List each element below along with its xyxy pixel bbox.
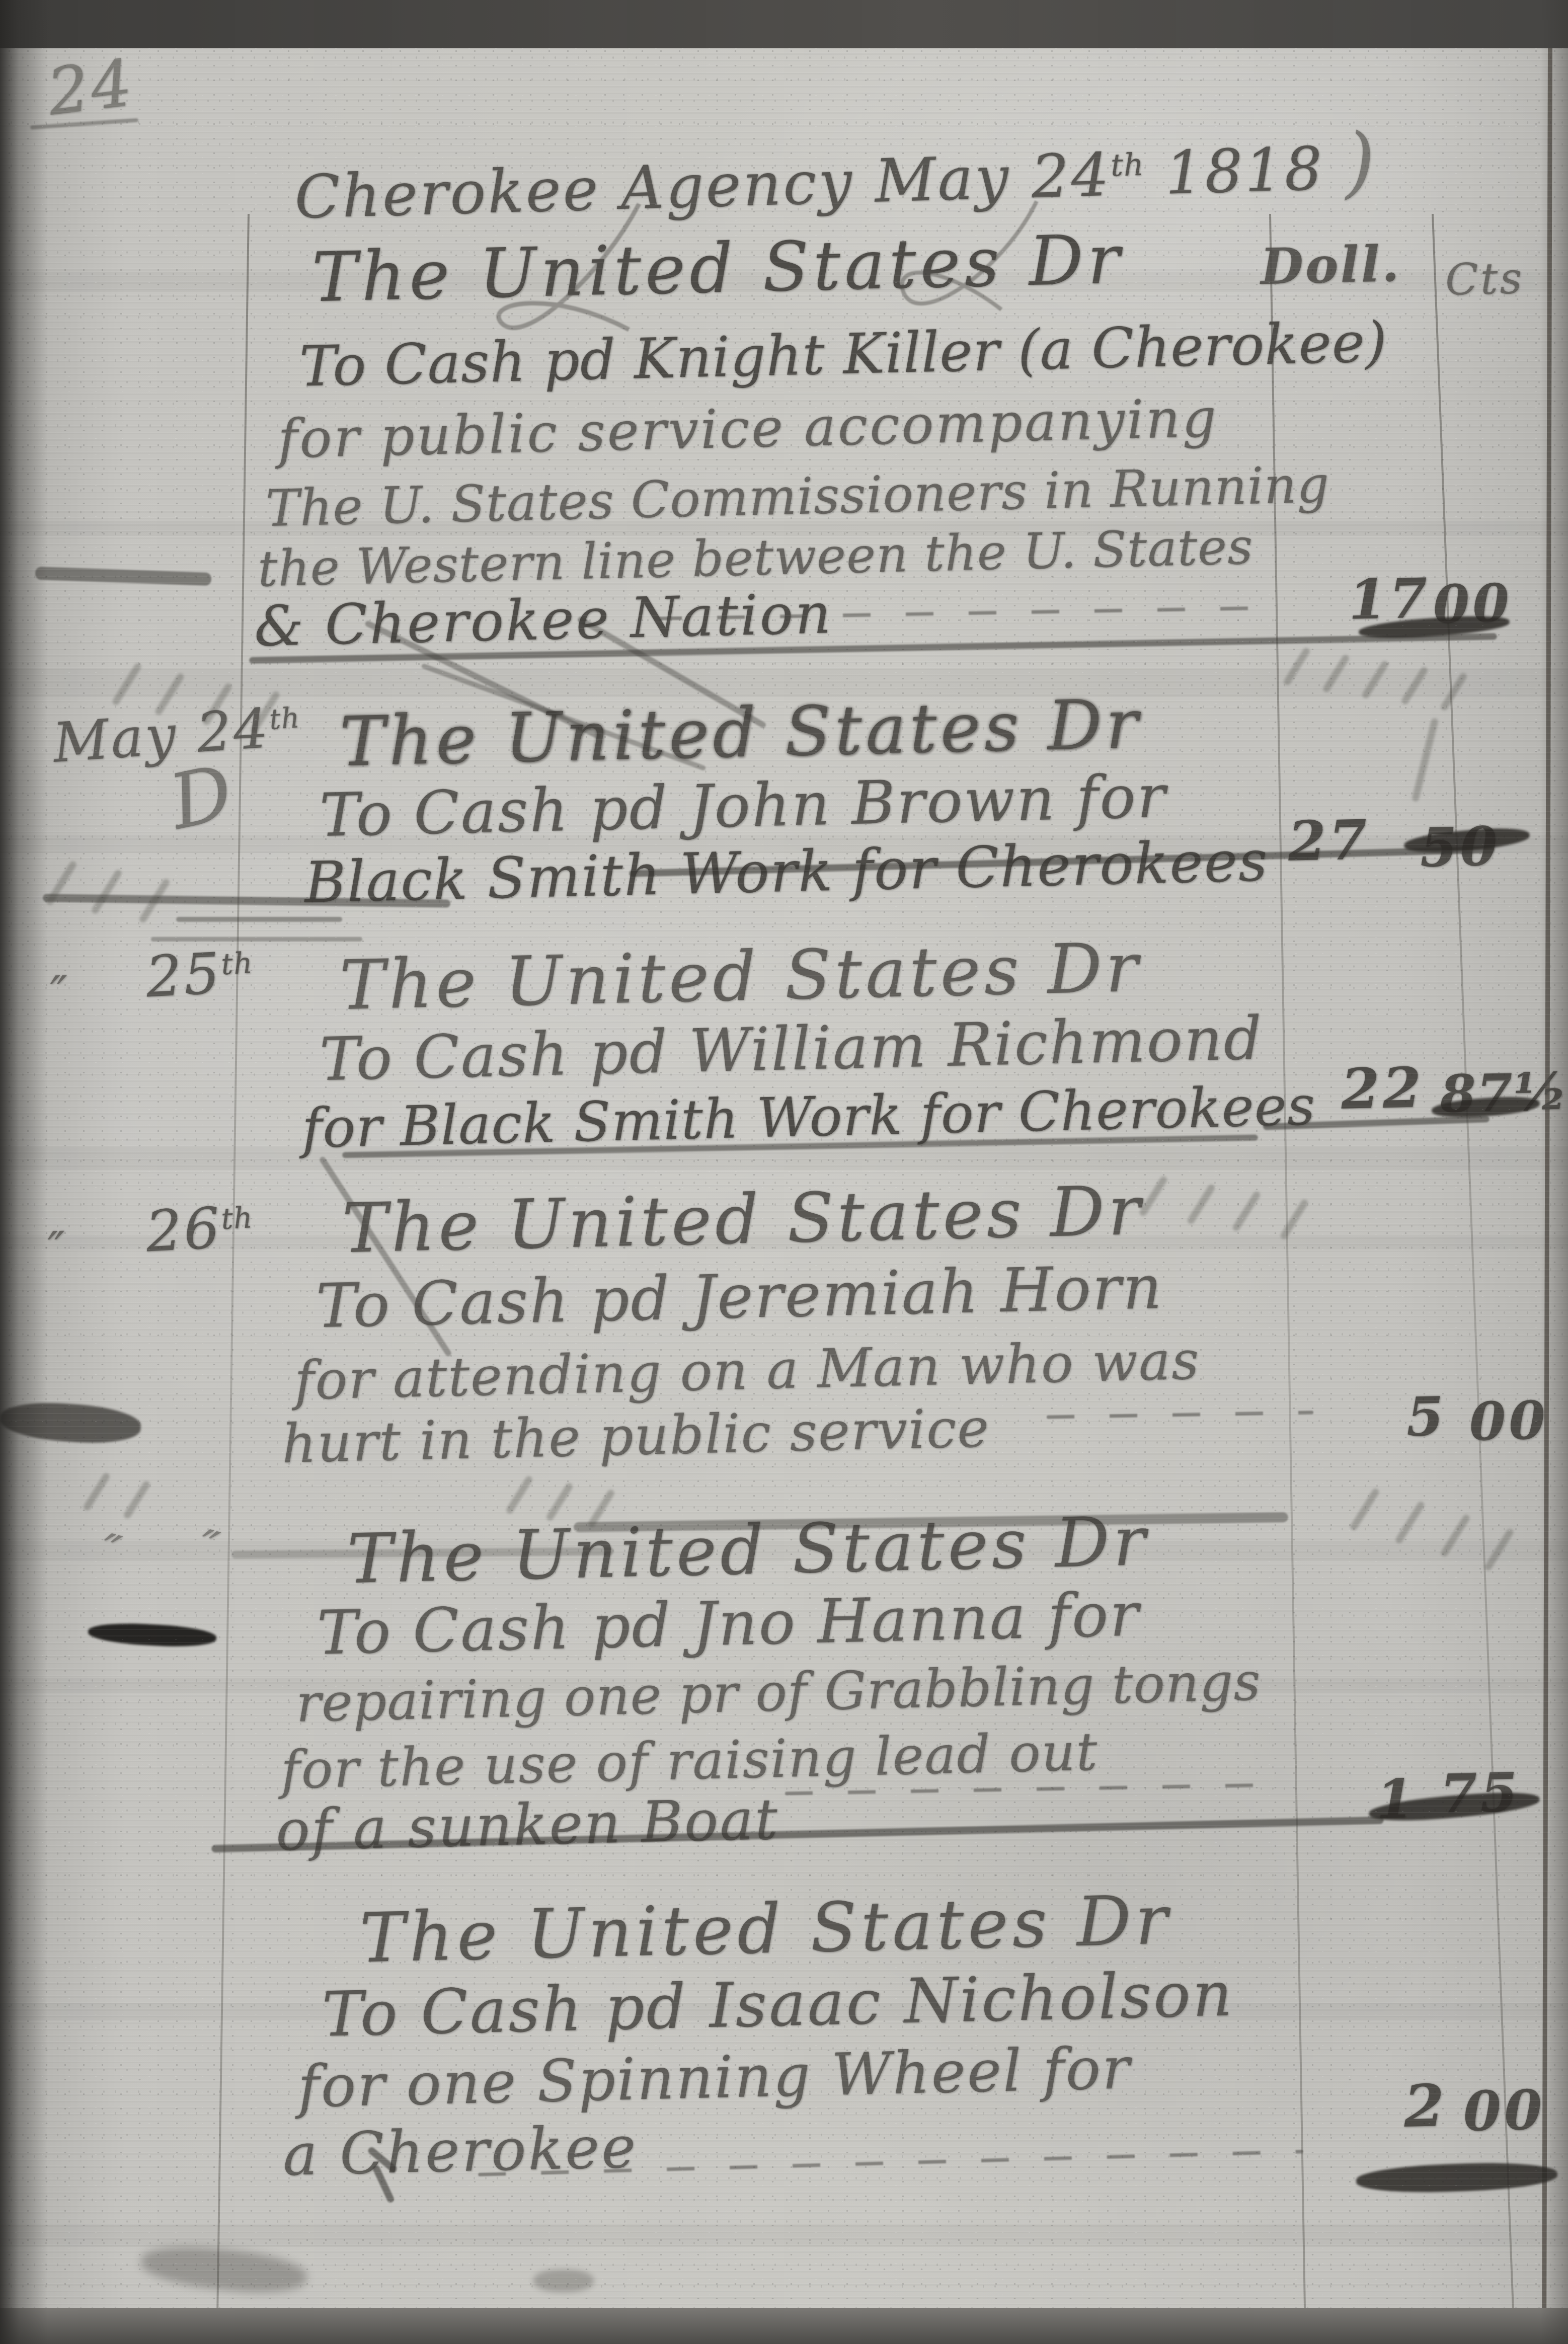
ink-hatch bbox=[123, 1480, 151, 1520]
entry-line: for public service accompanying bbox=[277, 387, 1219, 470]
margin-date: 25th bbox=[144, 940, 255, 1010]
cents-column-header: Cts bbox=[1445, 253, 1525, 305]
ink-blot bbox=[139, 2241, 309, 2298]
margin-ditto: ″ bbox=[50, 966, 70, 1021]
ink-hatch bbox=[1394, 1501, 1426, 1545]
ink-hatch bbox=[83, 1472, 111, 1512]
ink-stroke bbox=[176, 917, 342, 922]
amount-dollars: 5 bbox=[1406, 1384, 1448, 1448]
scan-edge-bottom bbox=[0, 2308, 1568, 2344]
margin-date-ordinal: th bbox=[268, 701, 301, 736]
margin-date-text: 26 bbox=[144, 1196, 223, 1265]
ledger-page-scan: 24 Cherokee Agency May 24th 1818 ) Doll.… bbox=[0, 0, 1568, 2344]
scan-band bbox=[0, 2224, 1568, 2247]
margin-date-text: May 24 bbox=[51, 697, 272, 775]
margin-date-ordinal: th bbox=[220, 946, 254, 981]
scan-edge-top bbox=[0, 0, 1568, 48]
amount-dollars: 2 bbox=[1403, 2072, 1448, 2141]
entry-line: of a sunken Boat bbox=[275, 1787, 780, 1864]
ink-hatch bbox=[1231, 1190, 1262, 1232]
amount-dollars: 22 bbox=[1341, 1055, 1425, 1122]
amount-dollars: 27 bbox=[1288, 808, 1371, 874]
ink-hatch bbox=[505, 1475, 534, 1515]
heading-year: 1818 bbox=[1143, 134, 1325, 208]
ink-blot bbox=[1356, 2160, 1558, 2195]
entry-line: for attending on a Man who was bbox=[294, 1330, 1201, 1412]
ink-hatch bbox=[1412, 718, 1439, 802]
page-heading: Cherokee Agency May 24th 1818 ) bbox=[293, 117, 1378, 237]
scan-edge-left bbox=[0, 0, 48, 2344]
pen-flourish: ) bbox=[1344, 117, 1378, 207]
ink-blot bbox=[533, 2270, 594, 2292]
margin-date-text: 25 bbox=[144, 941, 223, 1010]
margin-ditto: ″ bbox=[47, 1222, 68, 1276]
ink-hatch bbox=[1349, 1488, 1380, 1532]
amount-cents: 00 bbox=[1463, 2078, 1546, 2144]
amount-cents: 00 bbox=[1469, 1389, 1549, 1453]
scan-edge-right bbox=[1540, 0, 1568, 2344]
entry-line: a Cherokee bbox=[282, 2114, 639, 2189]
margin-date: 26th bbox=[144, 1194, 255, 1265]
entry-line: The United States Dr bbox=[341, 1171, 1145, 1268]
ink-hatch bbox=[1186, 1183, 1216, 1225]
page-number: 24 bbox=[44, 45, 138, 130]
entry-line: To Cash pd Knight Killer (a Cherokee) bbox=[299, 309, 1388, 399]
ink-blot bbox=[88, 1621, 217, 1649]
heading-ordinal: th bbox=[1110, 147, 1144, 184]
ink-stroke bbox=[35, 567, 212, 586]
margin-date-ordinal: th bbox=[220, 1200, 254, 1236]
ink-stroke bbox=[151, 937, 362, 942]
fill-dashes bbox=[1047, 1411, 1313, 1419]
ink-hatch bbox=[91, 869, 123, 915]
pen-flourish: D bbox=[163, 748, 242, 847]
ink-hatch bbox=[1279, 1198, 1309, 1240]
dollars-column-header: Doll. bbox=[1260, 235, 1401, 296]
